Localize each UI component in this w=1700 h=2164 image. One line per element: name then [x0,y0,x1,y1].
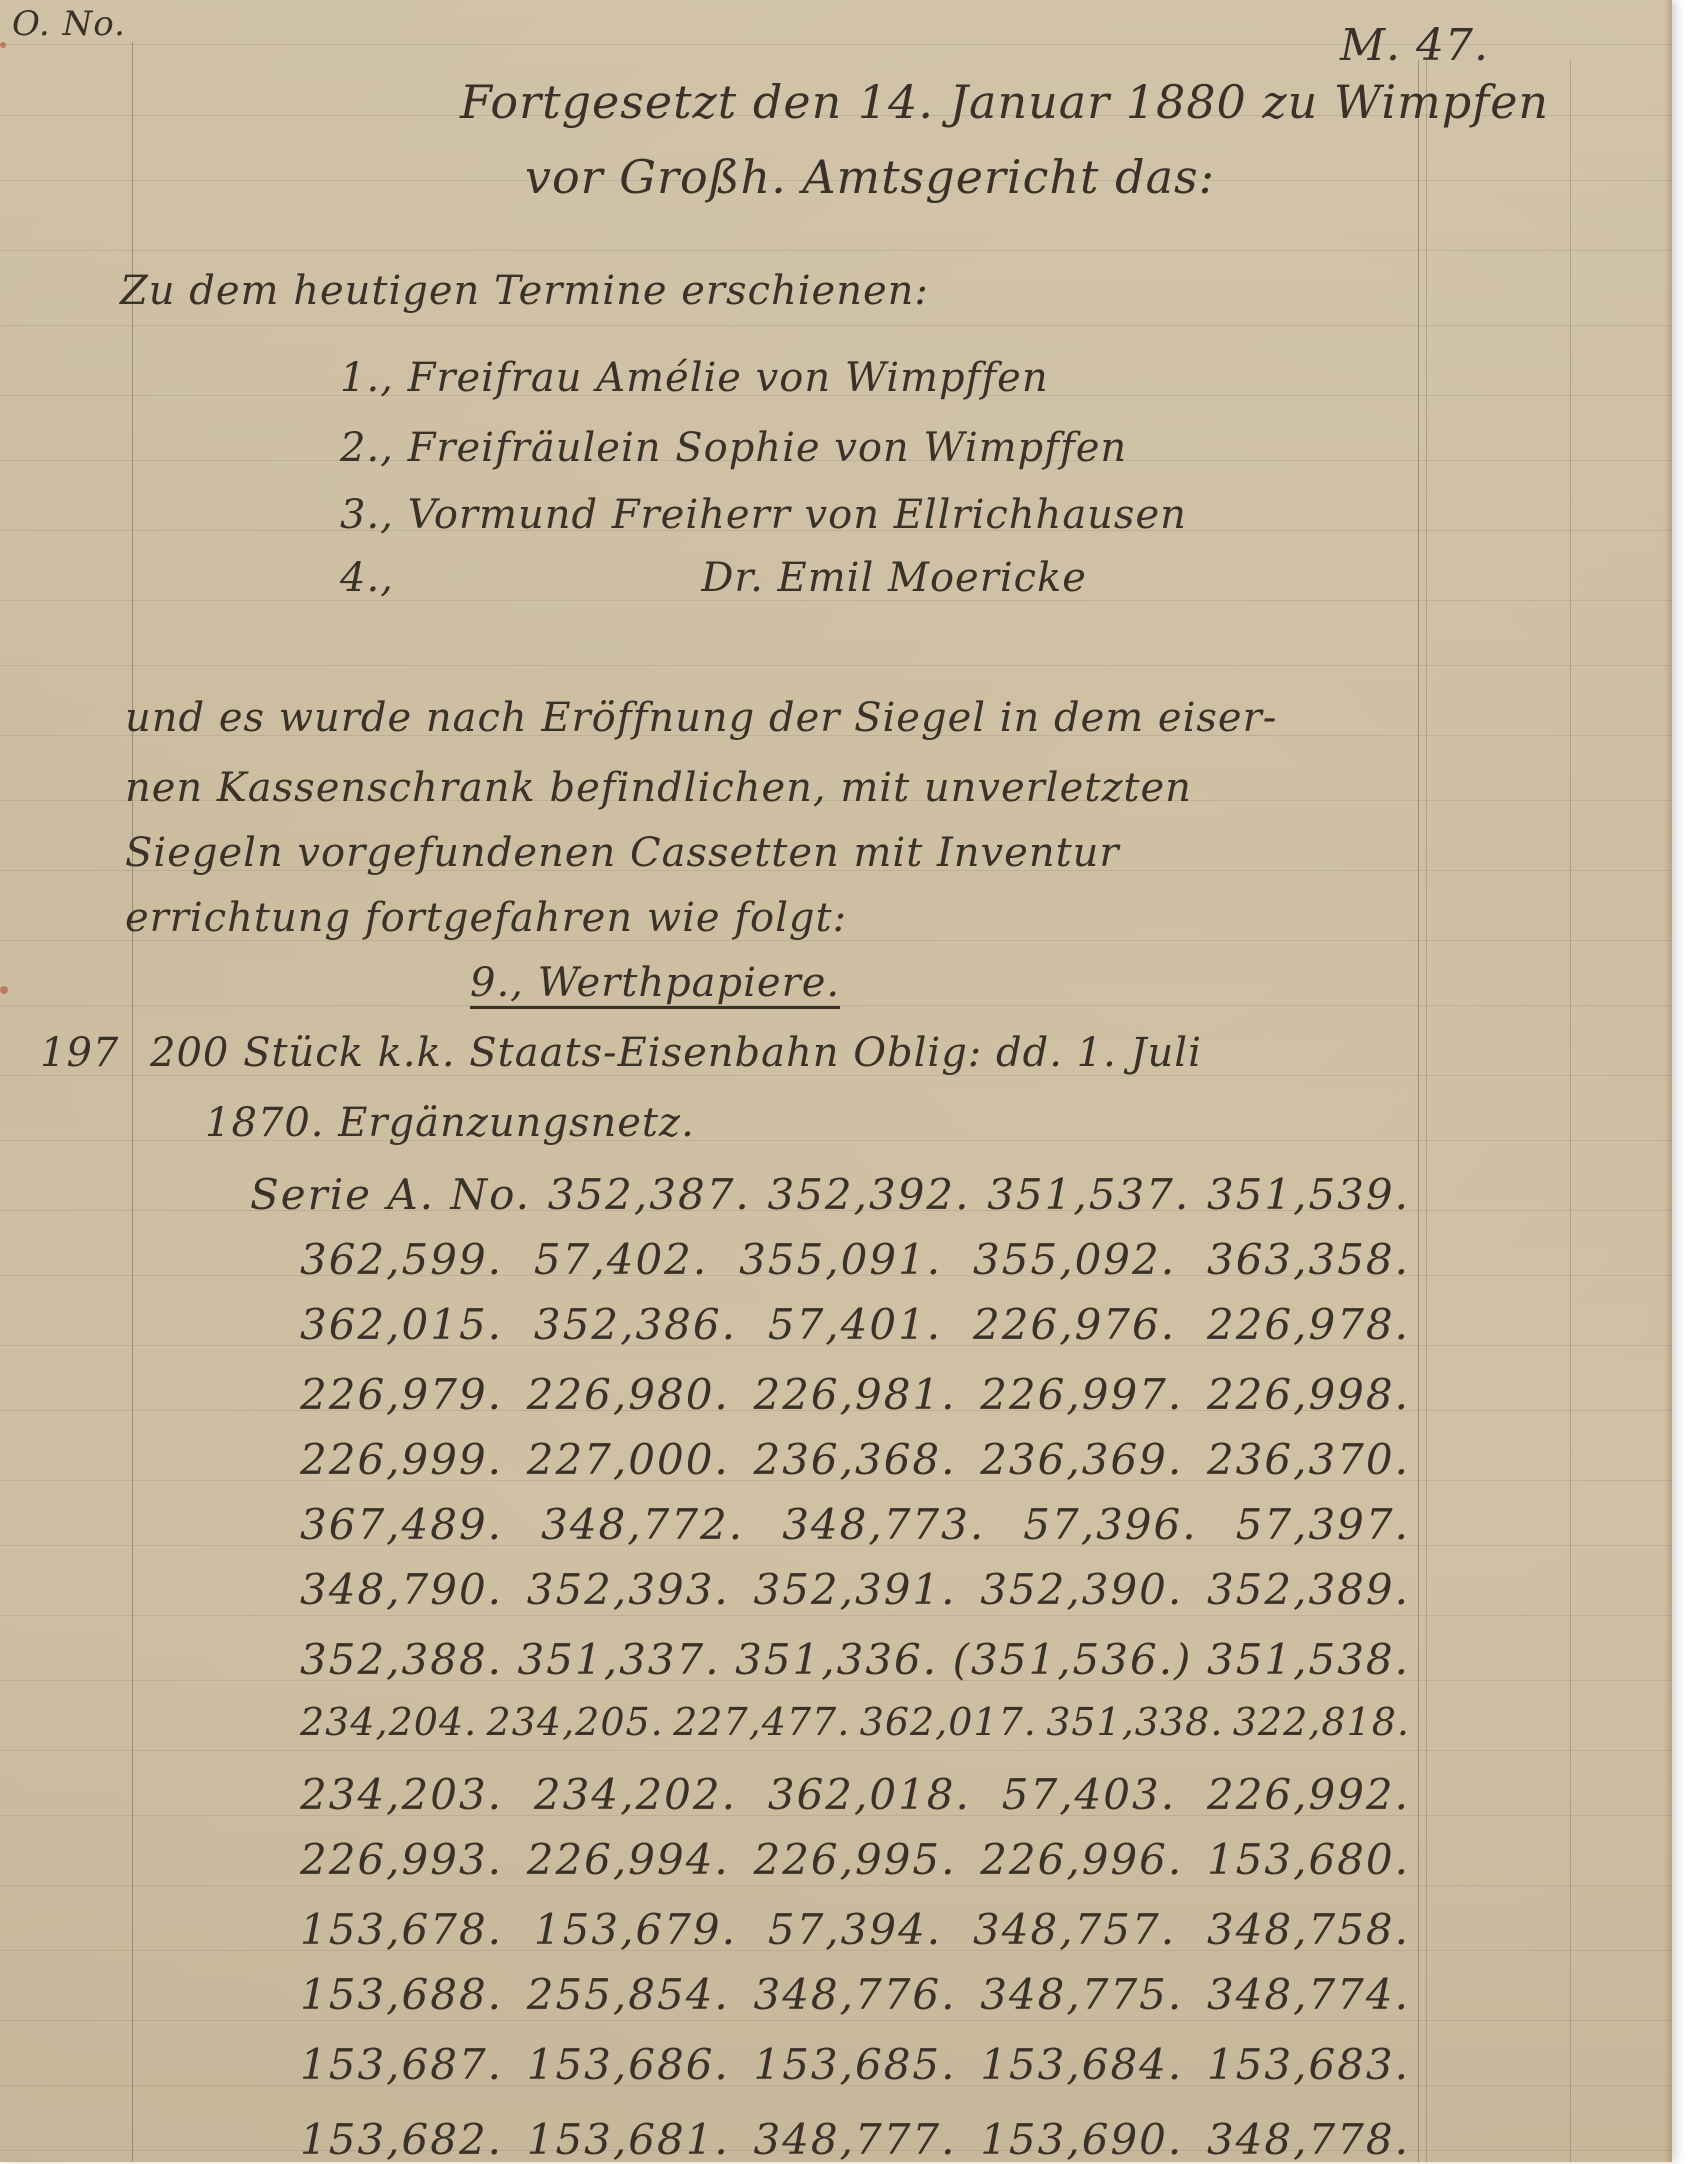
serial-number: 351,336. [735,1635,938,1684]
paragraph-line: und es wurde nach Eröffnung der Siegel i… [125,695,1277,741]
serial-row: 226,999. 227,000. 236,368. 236,369. 236,… [300,1435,1410,1484]
serial-number: 226,996. [980,1835,1183,1884]
serial-number: 57,397. [1236,1500,1410,1549]
serial-number: 57,403. [1002,1770,1176,1819]
serial-number: 153,688. [300,1970,503,2019]
document-page: O. No. M. 47. Fortgesetzt den 14. Januar… [0,0,1672,2162]
serial-number: 226,995. [753,1835,956,1884]
serial-number: 227,000. [527,1435,730,1484]
serial-number: 226,980. [527,1370,730,1419]
serial-number: 57,401. [768,1300,942,1349]
serial-number: 362,599. [300,1235,503,1284]
serial-number: 362,018. [768,1770,971,1819]
serial-number: 355,091. [739,1235,942,1284]
serial-number: 226,979. [300,1370,503,1419]
heading-line-2: vor Großh. Amtsgericht das: [525,150,1215,204]
serial-number: 348,790. [300,1565,503,1614]
serial-number: 348,758. [1207,1905,1410,1954]
serial-number: 352,386. [534,1300,737,1349]
attendee-item: 3., Vormund Freiherr von Ellrichhausen [340,492,1187,538]
serial-row: 352,388. 351,337. 351,336. (351,536.) 35… [300,1635,1410,1684]
ruled-line [0,2020,1672,2021]
serial-row: 362,599. 57,402. 355,091. 355,092. 363,3… [300,1235,1410,1284]
serial-number: 57,396. [1023,1500,1197,1549]
serial-number: 153,681. [527,2115,730,2162]
paragraph-line: errichtung fortgefahren wie folgt: [125,895,847,941]
attendee-name: Freifräulein Sophie von Wimpffen [408,425,1128,471]
serial-number: 234,203. [300,1770,503,1819]
serial-number: 348,772. [541,1500,744,1549]
paragraph-line: Siegeln vorgefundenen Cassetten mit Inve… [125,830,1120,876]
serial-row: 153,682. 153,681. 348,777. 153,690. 348,… [300,2115,1410,2162]
serial-number: 153,679. [534,1905,737,1954]
serial-number: 153,687. [300,2040,503,2089]
serial-row: 234,203. 234,202. 362,018. 57,403. 226,9… [300,1770,1410,1819]
serial-number: 348,774. [1207,1970,1410,2019]
serial-number: 348,777. [753,2115,956,2162]
serial-number: 226,999. [300,1435,503,1484]
attendee-item: 1., Freifrau Amélie von Wimpffen [340,355,1049,401]
serial-number: 236,369. [980,1435,1183,1484]
serial-number: 348,776. [753,1970,956,2019]
serial-number: 226,981. [753,1370,956,1419]
serial-row: 153,687. 153,686. 153,685. 153,684. 153,… [300,2040,1410,2089]
serial-number: 227,477. [673,1700,850,1744]
serial-number: 362,017. [860,1700,1037,1744]
serial-number: 363,358. [1207,1235,1410,1284]
amount-column-rule [1570,60,1571,2162]
serial-number: 236,370. [1207,1435,1410,1484]
serial-number: 352,388. [300,1635,503,1684]
section-title: 9., Werthpapiere. [470,960,840,1006]
attendee-number: 3., [340,492,394,538]
serial-row: 367,489. 348,772. 348,773. 57,396. 57,39… [300,1500,1410,1549]
serial-number: 348,775. [980,1970,1183,2019]
serial-number: 362,015. [300,1300,503,1349]
serial-number: 348,778. [1207,2115,1410,2162]
serial-number: 153,678. [300,1905,503,1954]
serial-number: 348,757. [973,1905,1176,1954]
serial-number: 226,998. [1207,1370,1410,1419]
serial-row: 226,993. 226,994. 226,995. 226,996. 153,… [300,1835,1410,1884]
ruled-line [0,1885,1672,1886]
attendee-number: 4., [340,555,394,601]
serial-number: 226,976. [973,1300,1176,1349]
intro-text: Zu dem heutigen Termine erschienen: [120,268,929,314]
serial-number: 352,391. [753,1565,956,1614]
serial-row: 348,790. 352,393. 352,391. 352,390. 352,… [300,1565,1410,1614]
attendee-item: 2., Freifräulein Sophie von Wimpffen [340,425,1127,471]
serial-number: 153,686. [527,2040,730,2089]
serial-number: 351,537. [987,1170,1190,1219]
entry-line-2: 1870. Ergänzungsnetz. [205,1100,695,1146]
stain [0,42,6,48]
serial-row: 226,979. 226,980. 226,981. 226,997. 226,… [300,1370,1410,1419]
serial-number: 367,489. [300,1500,503,1549]
attendee-number: 2., [340,425,394,471]
corner-label-right: M. 47. [1340,20,1489,71]
serial-number: 352,387. [548,1170,751,1219]
ruled-line [0,250,1672,251]
serial-number: 352,392. [767,1170,970,1219]
serial-row: 362,015. 352,386. 57,401. 226,976. 226,9… [300,1300,1410,1349]
serial-number: 57,402. [534,1235,708,1284]
serial-number: 234,204. [300,1700,477,1744]
serial-number: 153,682. [300,2115,503,2162]
attendee-name: Vormund Freiherr von Ellrichhausen [408,492,1187,538]
series-label: Serie A. No. [250,1170,531,1219]
corner-label-left: O. No. [12,4,126,44]
serial-number: 153,685. [753,2040,956,2089]
serial-number: 234,202. [534,1770,737,1819]
serial-number: 153,690. [980,2115,1183,2162]
serial-number: 153,683. [1207,2040,1410,2089]
serial-number: 352,393. [527,1565,730,1614]
serial-number: 351,539. [1207,1170,1410,1219]
heading-line-1: Fortgesetzt den 14. Januar 1880 zu Wimpf… [460,75,1549,129]
serial-row: Serie A. No. 352,387. 352,392. 351,537. … [250,1170,1410,1219]
serial-row: 234,204. 234,205. 227,477. 362,017. 351,… [300,1700,1410,1744]
serial-number: 234,205. [487,1700,664,1744]
serial-number: 322,818. [1233,1700,1410,1744]
serial-row: 153,678. 153,679. 57,394. 348,757. 348,7… [300,1905,1410,1954]
stain [0,986,8,994]
paragraph-line: nen Kassenschrank befindlichen, mit unve… [125,765,1192,811]
attendee-name: Freifrau Amélie von Wimpffen [408,355,1049,401]
serial-number: 236,368. [753,1435,956,1484]
left-margin-rule [132,42,133,2162]
serial-number: 348,773. [782,1500,985,1549]
serial-number: 153,684. [980,2040,1183,2089]
entry-number: 197 [40,1030,119,1076]
serial-number: 226,978. [1207,1300,1410,1349]
serial-number: 226,994. [527,1835,730,1884]
serial-number: 352,389. [1207,1565,1410,1614]
serial-number: 355,092. [973,1235,1176,1284]
serial-number: 226,993. [300,1835,503,1884]
serial-number: 351,538. [1207,1635,1410,1684]
serial-number: 153,680. [1207,1835,1410,1884]
serial-number: 255,854. [527,1970,730,2019]
attendee-number: 1., [340,355,394,401]
serial-number: 352,390. [980,1565,1183,1614]
ruled-line [0,1615,1672,1616]
right-margin-rule [1418,60,1419,2162]
serial-number: 351,338. [1046,1700,1223,1744]
serial-number: 351,337. [518,1635,721,1684]
serial-row: 153,688. 255,854. 348,776. 348,775. 348,… [300,1970,1410,2019]
serial-number-bracketed: (351,536.) [953,1635,1193,1684]
ruled-line [0,665,1672,666]
right-margin-rule-double [1426,60,1427,2162]
attendee-item: 4., Dr. Emil Moericke [340,555,1087,601]
entry-line-1: 200 Stück k.k. Staats-Eisenbahn Oblig: d… [150,1030,1202,1076]
serial-number: 226,992. [1207,1770,1410,1819]
serial-number: 226,997. [980,1370,1183,1419]
ruled-line [0,325,1672,326]
serial-number: 57,394. [768,1905,942,1954]
ruled-line [0,1750,1672,1751]
attendee-name: Dr. Emil Moericke [701,555,1087,601]
